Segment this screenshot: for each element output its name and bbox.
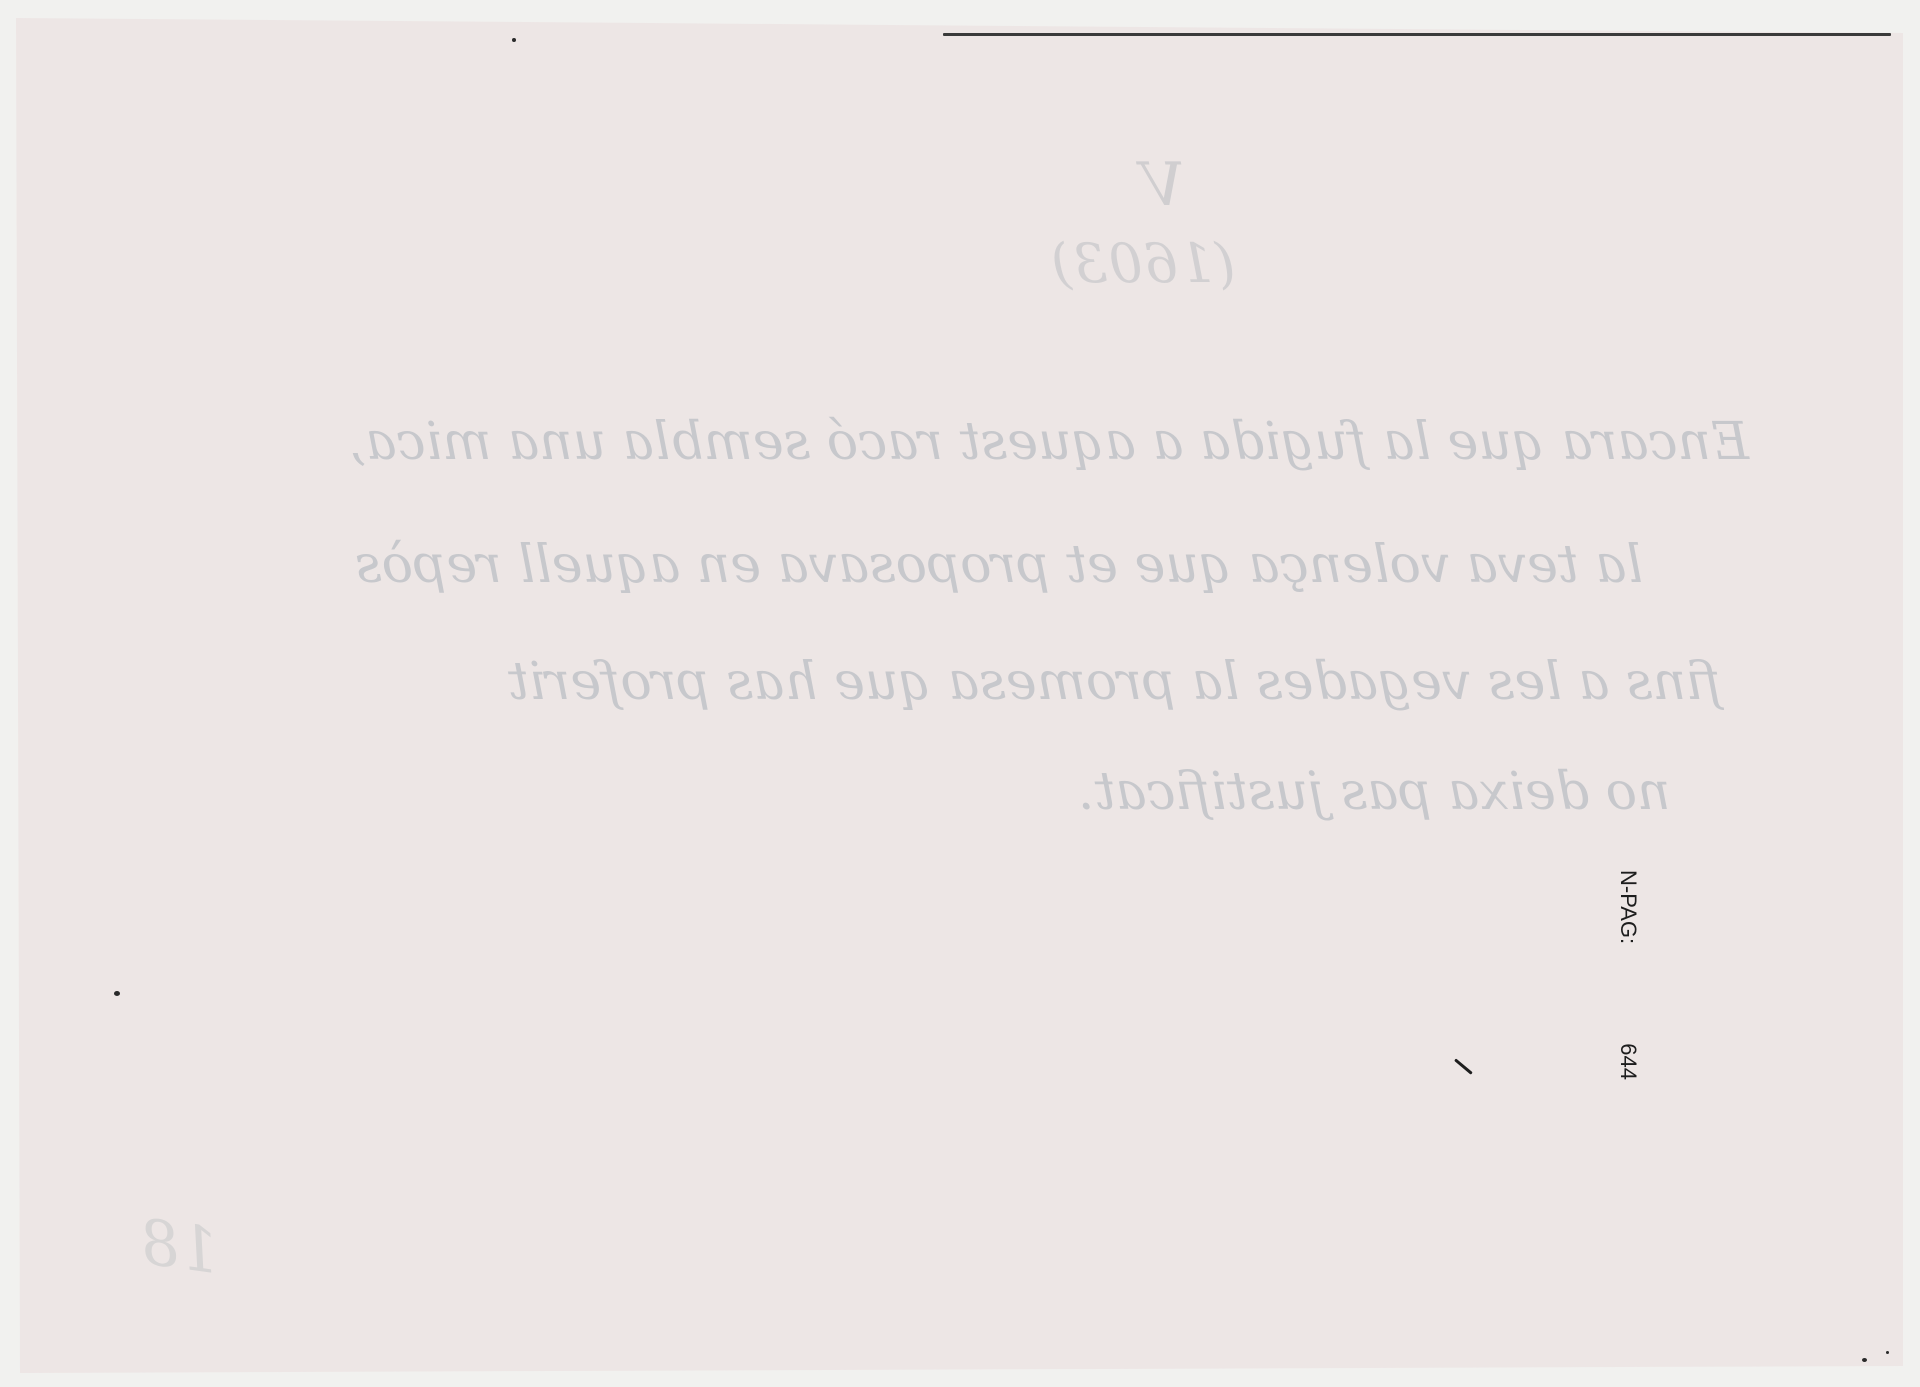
speck-top: [512, 38, 516, 42]
bleed-heading-date: (1603): [1050, 232, 1236, 295]
bleed-line-4: no deixa pas justificat.: [1078, 762, 1776, 822]
bleed-heading-numeral: V: [1140, 150, 1184, 220]
speck-right: [1886, 1351, 1889, 1354]
speck-left: [114, 991, 120, 996]
speck-bottom-right: [1862, 1358, 1867, 1362]
top-edge-strip: [943, 33, 1891, 36]
page-number-stamp: N-PAG: 644: [1617, 870, 1639, 1080]
bleed-line-1: Encara que la fugida a aquest racó sembl…: [349, 412, 1776, 472]
folio-number: 18: [135, 1205, 223, 1288]
bleed-line-3: fins a les vegades la promesa que has pr…: [508, 652, 1788, 712]
bleed-line-2: la teva volença que et proposava en aque…: [355, 535, 1794, 595]
stamp-label: N-PAG:: [1617, 870, 1639, 944]
stamp-value: 644: [1617, 1043, 1639, 1080]
